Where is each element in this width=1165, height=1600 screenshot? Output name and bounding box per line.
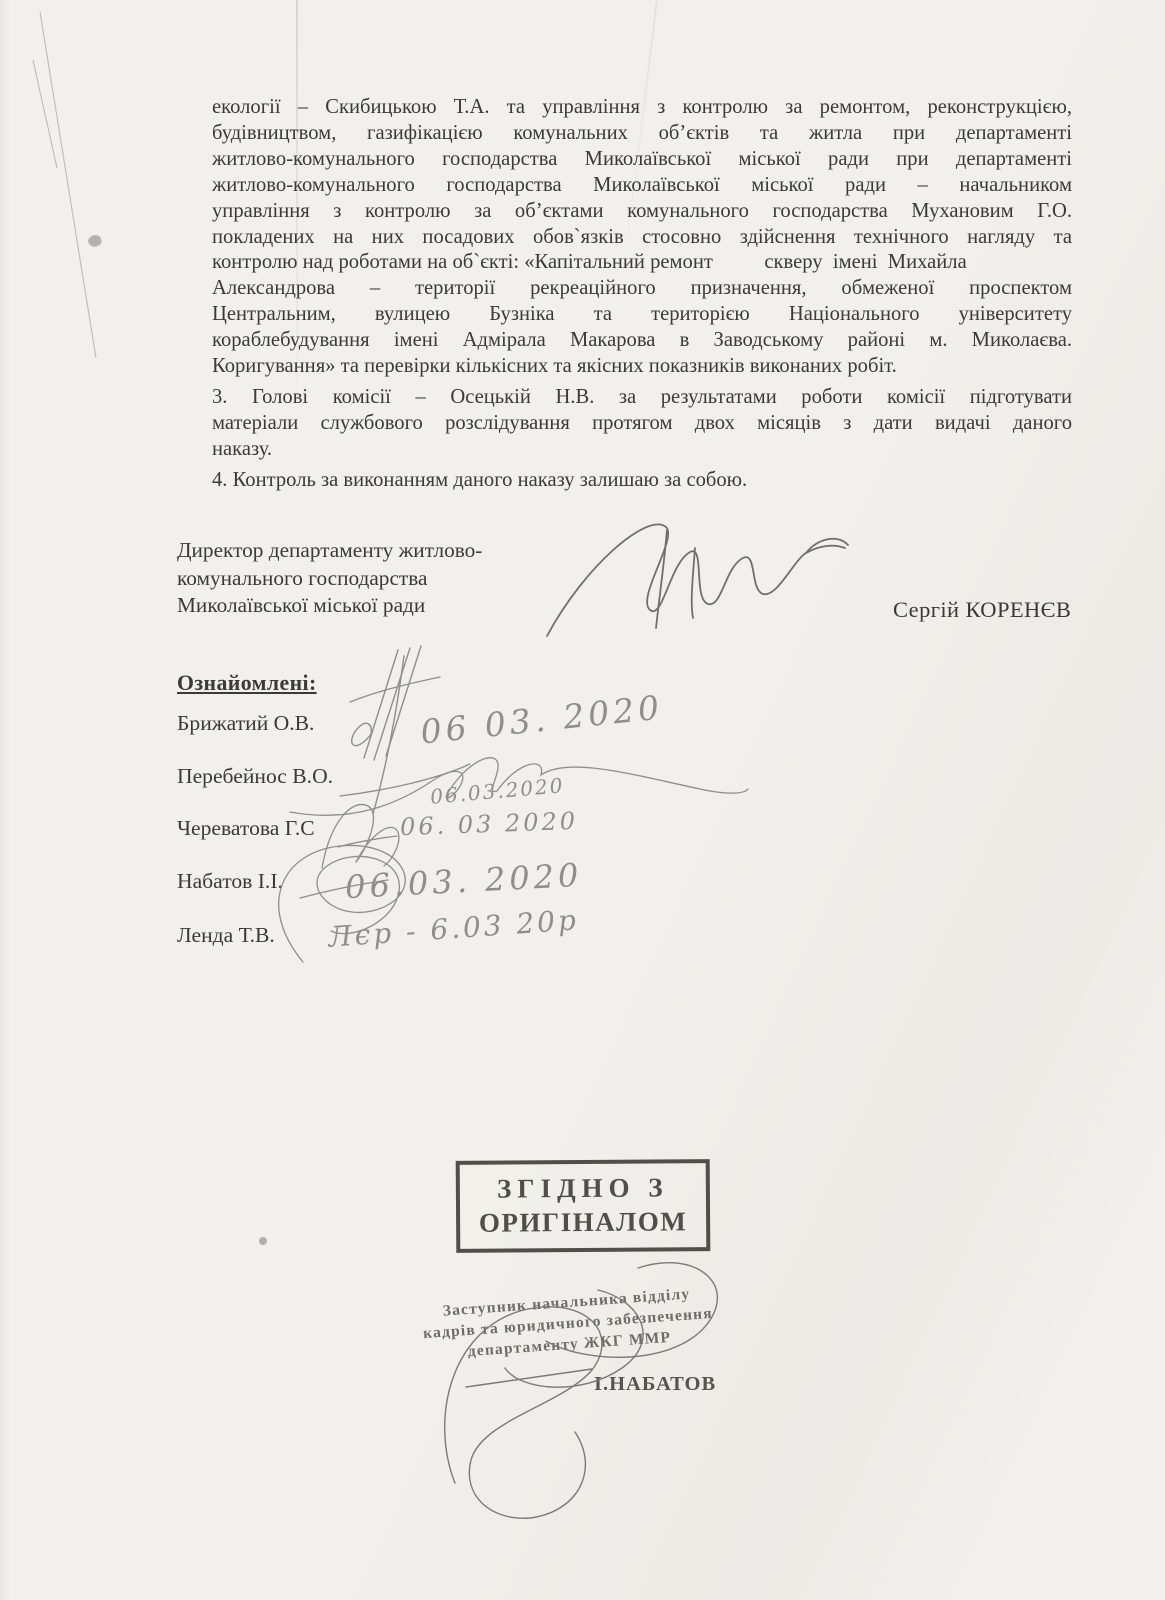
acknowledged-name: Ленда Т.В. [177,923,275,948]
director-title-line: комунального господарства [177,565,597,593]
paragraph-line: житлово-комунального господарства Микола… [212,147,1072,173]
stamp-text-line: ОРИГІНАЛОМ [479,1205,688,1240]
handwritten-date: Лєр - 6.03 20р [327,903,580,953]
handwritten-date: 06. 03 2020 [400,807,579,841]
acknowledged-name: Перебейнос В.О. [177,764,333,789]
list-item-3-line: наказу. [212,437,1072,463]
director-title-line: Директор департаменту житлово- [177,537,597,565]
signature-cherevatova [322,804,399,868]
certifier-title-block: Заступник начальника відділу кадрів та ю… [406,1281,730,1366]
paper-smudge [259,1237,267,1245]
list-item-3-line: 3. Голові комісії – Осецькій Н.В. за рез… [212,385,1072,411]
acknowledged-name: Набатов І.І. [177,869,283,894]
list-item-3-line: матеріали службового розслідування протя… [212,411,1072,437]
acknowledged-name: Брижатий О.В. [177,711,314,736]
paragraph-line: кораблебудування імені Адмірала Макарова… [212,328,1072,354]
paragraph-line: житлово-комунального господарства Микола… [212,173,1072,199]
paragraph-line: Александрова – території рекреаційного п… [212,276,1072,302]
handwritten-date: 06 03. 2020 [419,687,665,751]
paragraph-line: управління з контролю за об’єктами комун… [212,199,1072,225]
director-name: Сергій КОРЕНЄВ [893,597,1071,623]
acknowledged-heading: Ознайомлені: [177,671,317,696]
paper-scratch-marks [33,12,101,358]
stamp-text-line: ЗГІДНО З [497,1172,669,1207]
paragraph-line: екології – Скибицькою Т.А. та управління… [212,95,1072,121]
acknowledged-name: Череватова Г.С [177,816,315,841]
handwritten-date: 06.03.2020 [429,773,565,809]
certification-stamp-box: ЗГІДНО З ОРИГІНАЛОМ [456,1159,711,1253]
paragraph-line: Коригування» та перевірки кількісних та … [212,354,1072,380]
document-body: екології – Скибицькою Т.А. та управління… [212,95,1072,494]
list-item-4: 4. Контроль за виконанням даного наказу … [212,468,1072,494]
certifier-name: І.НАБАТОВ [594,1373,716,1396]
director-title-block: Директор департаменту житлово- комунальн… [177,537,597,620]
paragraph-line: покладених на них посадових обов`язків с… [212,225,1072,251]
paragraph-line: будівництвом, газифікацією комунальних о… [212,121,1072,147]
paragraph-line: Центральним, вулицею Бузніка та територі… [212,302,1072,328]
handwritten-date: 06.03. 2020 [344,856,583,906]
director-title-line: Миколаївської міської ради [177,592,597,620]
paragraph-line: контролю над роботами на об`єкті: «Капіт… [212,250,1072,276]
scanned-document-page: екології – Скибицькою Т.А. та управління… [0,0,1165,1600]
